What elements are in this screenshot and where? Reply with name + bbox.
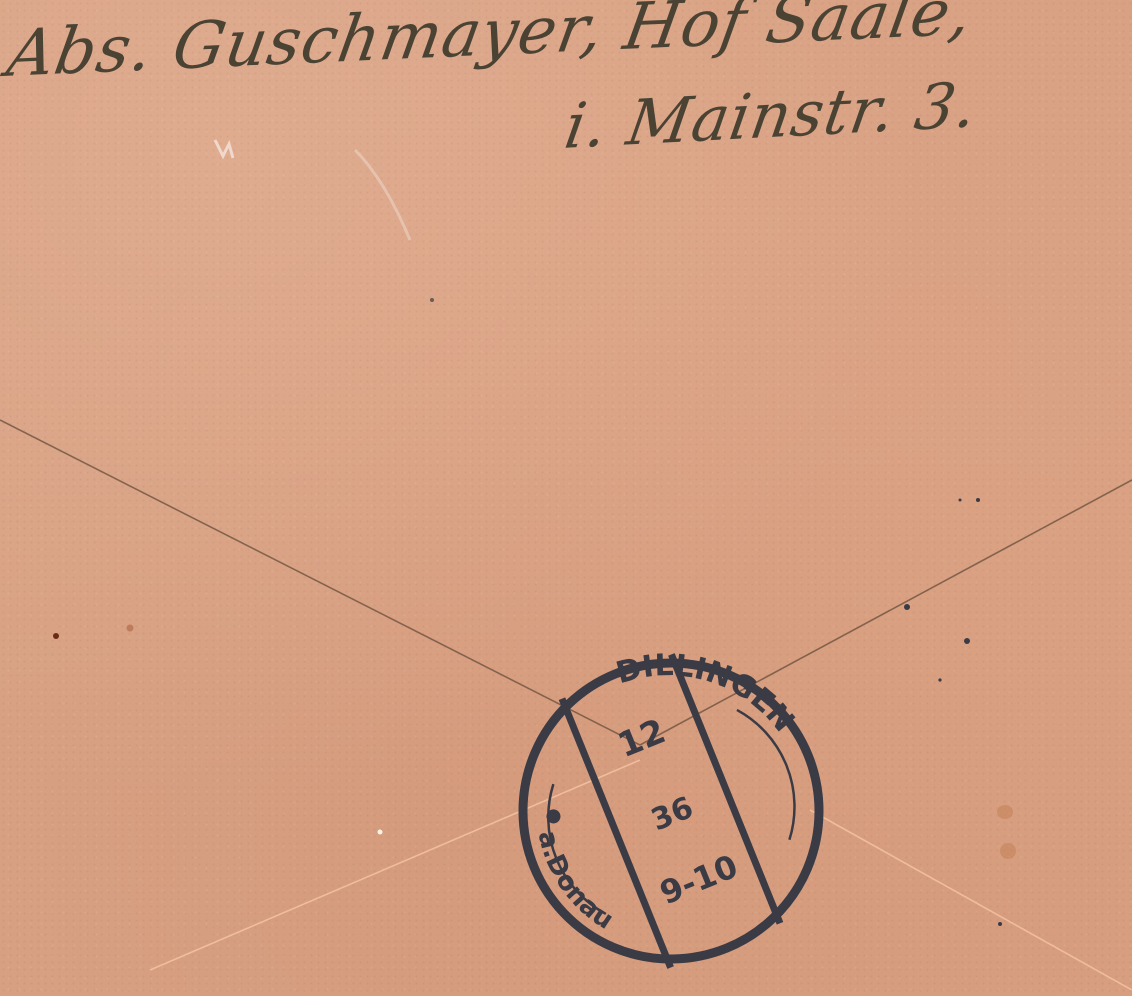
envelope-back: Abs. Guschmayer, Hof Saale, i. Mainstr. … [0,0,1132,996]
postmark-stamp: DILLINGEN a.Donau 12 36 9-10 [512,652,830,970]
postmark-day: 12 [612,711,671,766]
postmark-time: 9-10 [654,847,742,912]
postmark-year: 36 [646,790,698,838]
